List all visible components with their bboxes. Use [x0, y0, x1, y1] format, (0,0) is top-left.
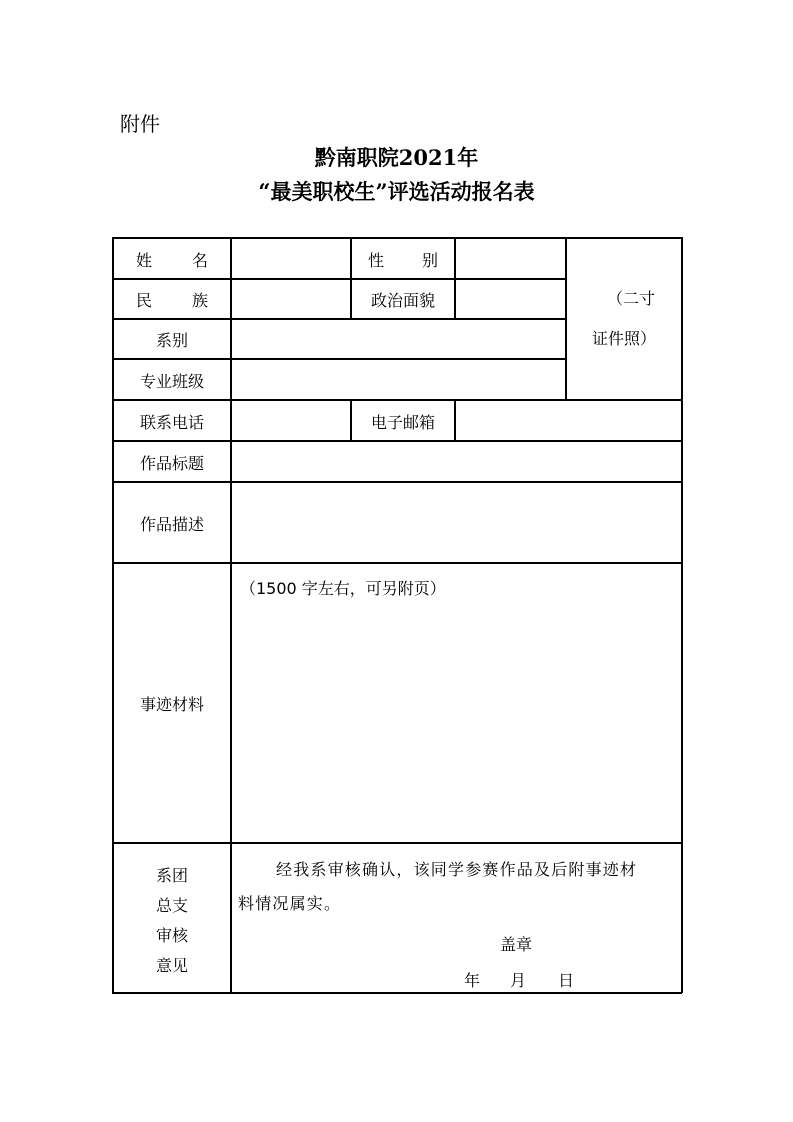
- review-statement-line1: 经我系审核确认，该同学参赛作品及后附事迹材: [276, 857, 637, 880]
- date-month[interactable]: 月: [510, 968, 526, 991]
- photo-hint-line2: 证件照）: [592, 319, 656, 359]
- review-label: 系团 总支 审核 意见: [114, 844, 230, 992]
- ethnicity-label: 民族: [114, 280, 230, 319]
- email-label: 电子邮箱: [352, 401, 454, 441]
- work-description-field[interactable]: [232, 483, 681, 563]
- phone-label: 联系电话: [114, 401, 230, 441]
- work-title-field[interactable]: [232, 442, 681, 482]
- phone-field[interactable]: [232, 401, 350, 441]
- attachment-label: 附件: [120, 108, 160, 137]
- photo-placeholder[interactable]: （二寸 证件照）: [567, 239, 681, 399]
- department-label: 系别: [114, 320, 230, 359]
- date-year[interactable]: 年: [464, 968, 480, 991]
- ethnicity-field[interactable]: [232, 280, 350, 319]
- date-day[interactable]: 日: [558, 968, 574, 991]
- work-title-label: 作品标题: [114, 442, 230, 482]
- photo-hint-line1: （二寸: [607, 279, 655, 319]
- name-label: 姓名: [114, 239, 230, 279]
- gender-label: 性别: [352, 239, 454, 279]
- form-title-line1: 黔南职院2021年: [0, 142, 793, 172]
- deeds-field[interactable]: （1500 字左右，可另附页）: [232, 564, 681, 843]
- table-border-bottom: [112, 992, 682, 994]
- political-status-field[interactable]: [456, 280, 565, 319]
- table-border-right: [681, 237, 683, 993]
- deeds-hint: （1500 字左右，可另附页）: [240, 576, 446, 599]
- major-class-field[interactable]: [232, 360, 565, 400]
- name-field[interactable]: [232, 239, 350, 279]
- review-statement-line2: 料情况属实。: [238, 891, 341, 914]
- form-title-line2: “最美职校生”评选活动报名表: [0, 176, 793, 206]
- major-class-label: 专业班级: [114, 360, 230, 400]
- work-description-label: 作品描述: [114, 483, 230, 563]
- department-field[interactable]: [232, 320, 565, 359]
- seal-label: 盖章: [500, 932, 532, 955]
- gender-field[interactable]: [456, 239, 565, 279]
- deeds-label: 事迹材料: [114, 564, 230, 843]
- email-field[interactable]: [456, 401, 681, 441]
- review-content: 经我系审核确认，该同学参赛作品及后附事迹材 料情况属实。 盖章 年 月 日: [232, 844, 681, 992]
- political-status-label: 政治面貌: [352, 280, 454, 319]
